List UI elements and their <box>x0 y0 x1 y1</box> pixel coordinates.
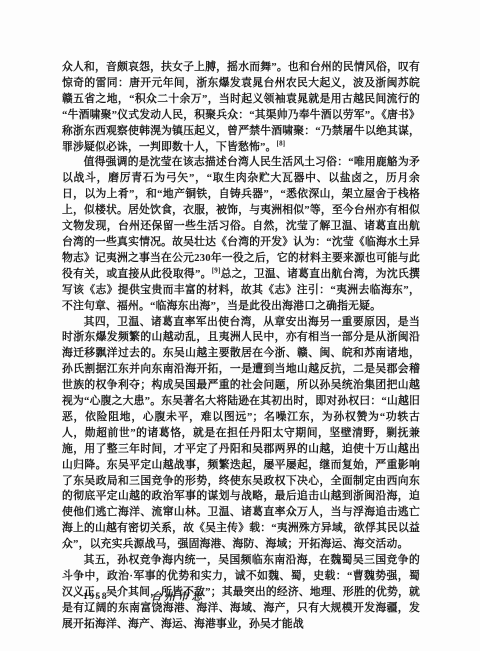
document-body: 众人和，音颇哀怨，扶女子上膊，摇水而舞”。也和台州的民情风俗，叹有惊奇的雷同：唐… <box>62 60 420 633</box>
text-run: 其四，卫温、诸葛直率军出使台湾，从章安出海另一重要原因，是当时浙东爆发频繁的山越… <box>62 316 420 551</box>
footer-dot-left: · <box>73 592 76 602</box>
text-run: 众人和，音颇哀怨，扶女子上膊，摇水而舞”。也和台州的民情风俗，叹有惊奇的雷同：唐… <box>62 61 420 153</box>
footnote-ref: [8] <box>277 139 286 147</box>
page: 众人和，音颇哀怨，扶女子上膊，摇水而舞”。也和台州的民情风俗，叹有惊奇的雷同：唐… <box>0 0 480 651</box>
text-run: 值得强调的是沈莹在该志描述台湾人民生活风土习俗：“唯用鹿觡为矛以战斗，磨厉青石为… <box>62 156 420 279</box>
footnote-ref: [9] <box>212 266 221 274</box>
book-title: 台州市志 <box>151 589 205 604</box>
page-number: 1958 <box>83 592 108 602</box>
page-footer: · 1958 · 台州市志 <box>66 589 205 604</box>
paragraph: 众人和，音颇哀怨，扶女子上膊，摇水而舞”。也和台州的民情风俗，叹有惊奇的雷同：唐… <box>62 60 420 155</box>
footer-dot-right: · <box>115 592 118 602</box>
paragraph: 其四，卫温、诸葛直率军出使台湾，从章安出海另一重要原因，是当时浙东爆发频繁的山越… <box>62 315 420 554</box>
paragraph: 值得强调的是沈莹在该志描述台湾人民生活风土习俗：“唯用鹿觡为矛以战斗，磨厉青石为… <box>62 155 420 314</box>
